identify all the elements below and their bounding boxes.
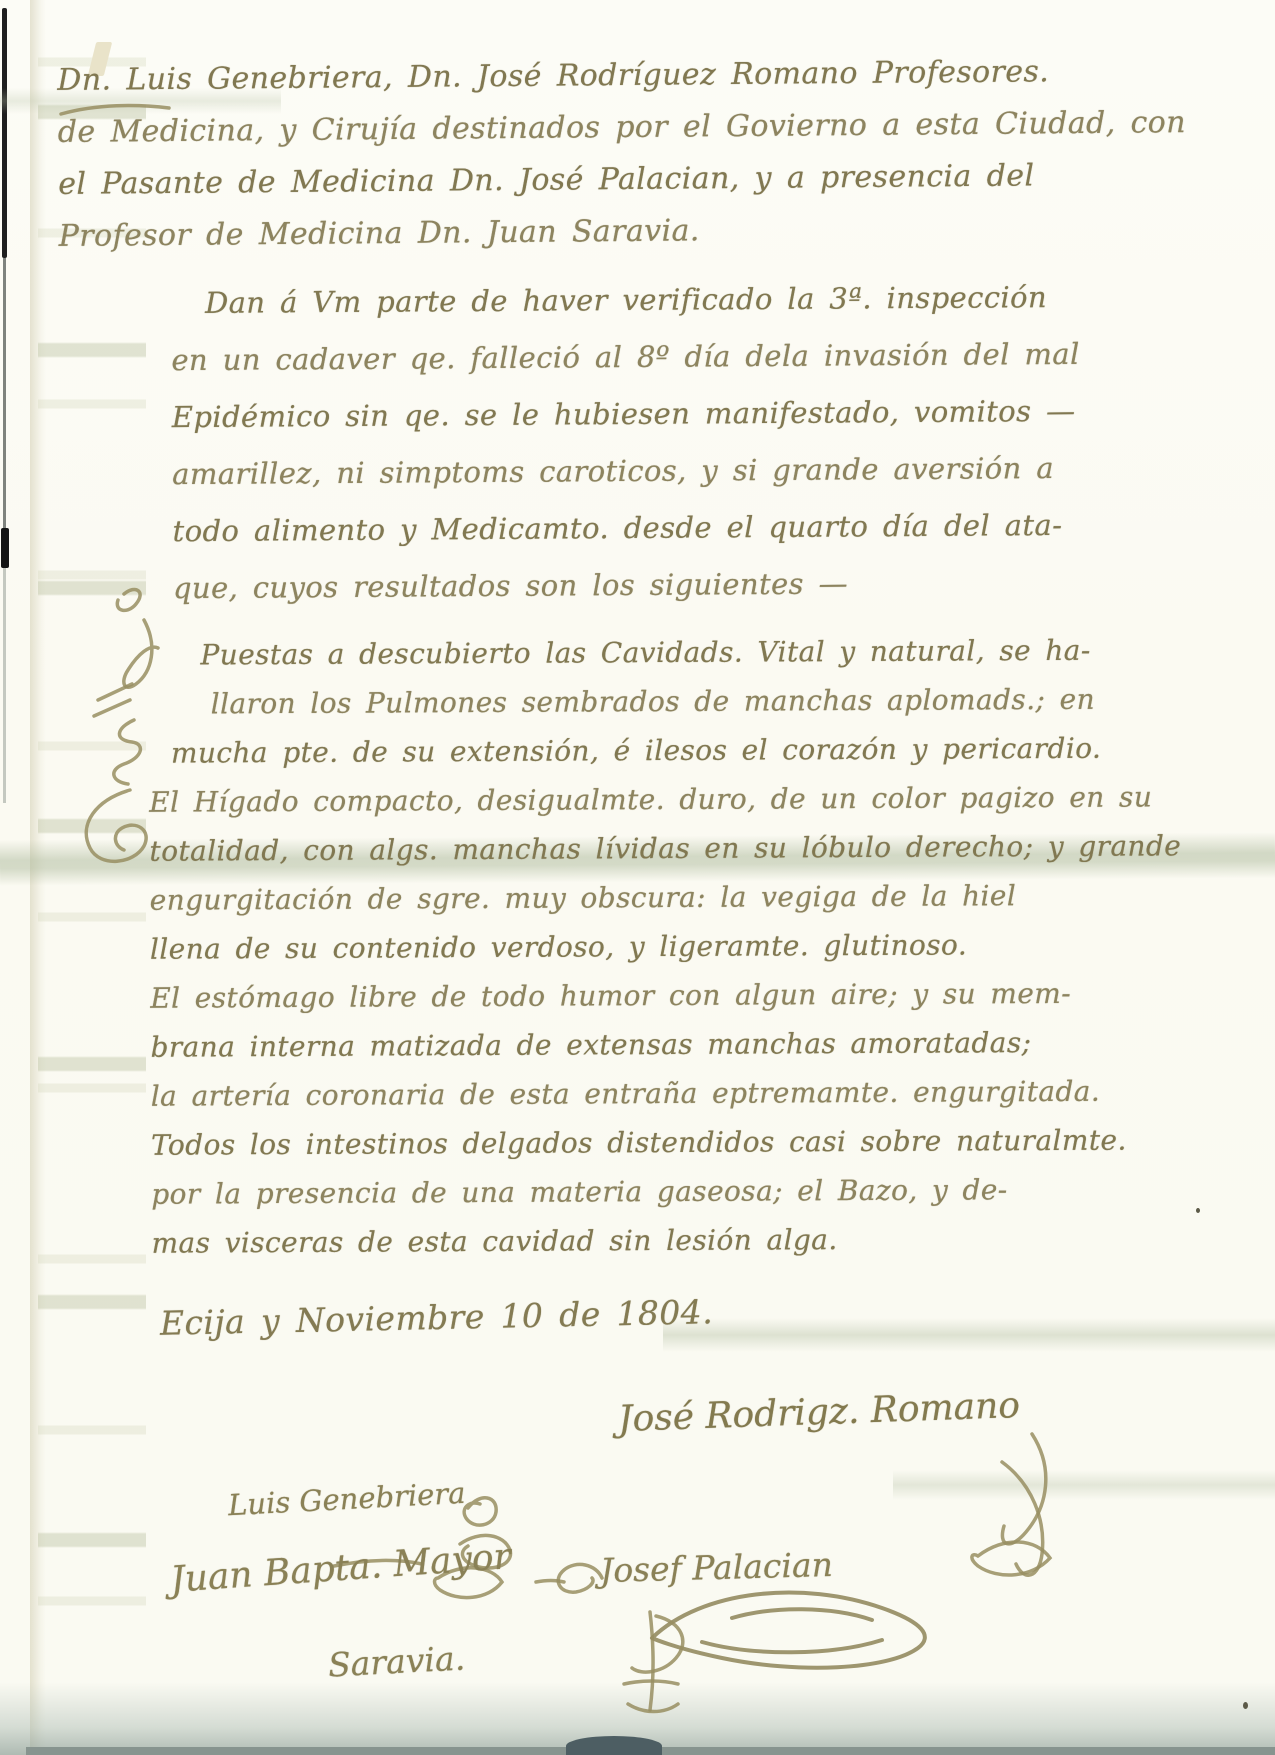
bottom-scan-blob bbox=[566, 1736, 662, 1755]
manuscript-line: que, cuyos resultados son los siguientes… bbox=[173, 554, 1082, 617]
manuscript-line: amarillez, ni simptoms caroticos, y si g… bbox=[172, 440, 1081, 503]
manuscript-line: Epidémico sin qe. se le hubiesen manifes… bbox=[172, 383, 1081, 446]
dateline: Ecija y Noviembre 10 de 1804. bbox=[160, 1292, 714, 1343]
romano-rubric-flourish bbox=[882, 1428, 1082, 1588]
findings-paragraph: Puestas a descubierto las Cavidads. Vita… bbox=[148, 625, 1183, 1267]
saravia-rubric-flourish bbox=[598, 1608, 708, 1728]
manuscript-line: El estómago libre de todo humor con algu… bbox=[150, 968, 1182, 1022]
manuscript-line: la artería coronaria de esta entraña ept… bbox=[151, 1066, 1183, 1120]
opening-paragraph: Dn. Luis Genebriera, Dn. José Rodríguez … bbox=[57, 45, 1187, 263]
manuscript-line: brana interna matizada de extensas manch… bbox=[150, 1017, 1182, 1071]
dn-underline-flourish bbox=[55, 98, 175, 122]
manuscript-line: engurgitación de sgre. muy obscura: la v… bbox=[150, 870, 1182, 924]
manuscript-line: Puestas a descubierto las Cavidads. Vita… bbox=[200, 625, 1180, 679]
scanner-edge-line bbox=[1, 528, 9, 568]
manuscript-line: en un cadaver qe. falleció al 8º día del… bbox=[171, 326, 1080, 389]
manuscript-line: mas visceras de esta cavidad sin lesión … bbox=[151, 1213, 1183, 1267]
fold-crease bbox=[663, 1318, 1275, 1352]
manuscript-line: el Pasante de Medicina Dn. José Palacian… bbox=[58, 149, 1187, 211]
manuscript-line: por la presencia de una materia gaseosa;… bbox=[151, 1164, 1183, 1218]
scanner-edge-line bbox=[3, 258, 6, 530]
scanned-document-page: Dn. Luis Genebriera, Dn. José Rodríguez … bbox=[0, 0, 1275, 1755]
manuscript-line: llaron los Pulmones sembrados de manchas… bbox=[211, 674, 1181, 728]
scanner-edge-line bbox=[3, 568, 6, 803]
manuscript-line: mucha pte. de su extensión, é ilesos el … bbox=[171, 723, 1181, 777]
manuscript-line: Profesor de Medicina Dn. Juan Saravia. bbox=[58, 201, 1187, 263]
manuscript-line: llena de su contenido verdoso, y ligeram… bbox=[150, 919, 1182, 973]
manuscript-line: todo alimento y Medicamto. desde el quar… bbox=[172, 497, 1081, 560]
ink-speck bbox=[1196, 1208, 1200, 1213]
manuscript-line: totalidad, con algs. manchas lívidas en … bbox=[149, 821, 1181, 875]
scanner-edge-line bbox=[2, 8, 7, 258]
signature-saravia: Saravia. bbox=[327, 1638, 466, 1684]
report-paragraph: Dan á Vm parte de haver verificado la 3ª… bbox=[171, 269, 1082, 617]
manuscript-line: El Hígado compacto, desigualmte. duro, d… bbox=[149, 772, 1181, 826]
manuscript-line: Dan á Vm parte de haver verificado la 3ª… bbox=[205, 269, 1080, 332]
ink-speck bbox=[1243, 1702, 1248, 1709]
manuscript-line: Todos los intestinos delgados distendido… bbox=[151, 1115, 1183, 1169]
